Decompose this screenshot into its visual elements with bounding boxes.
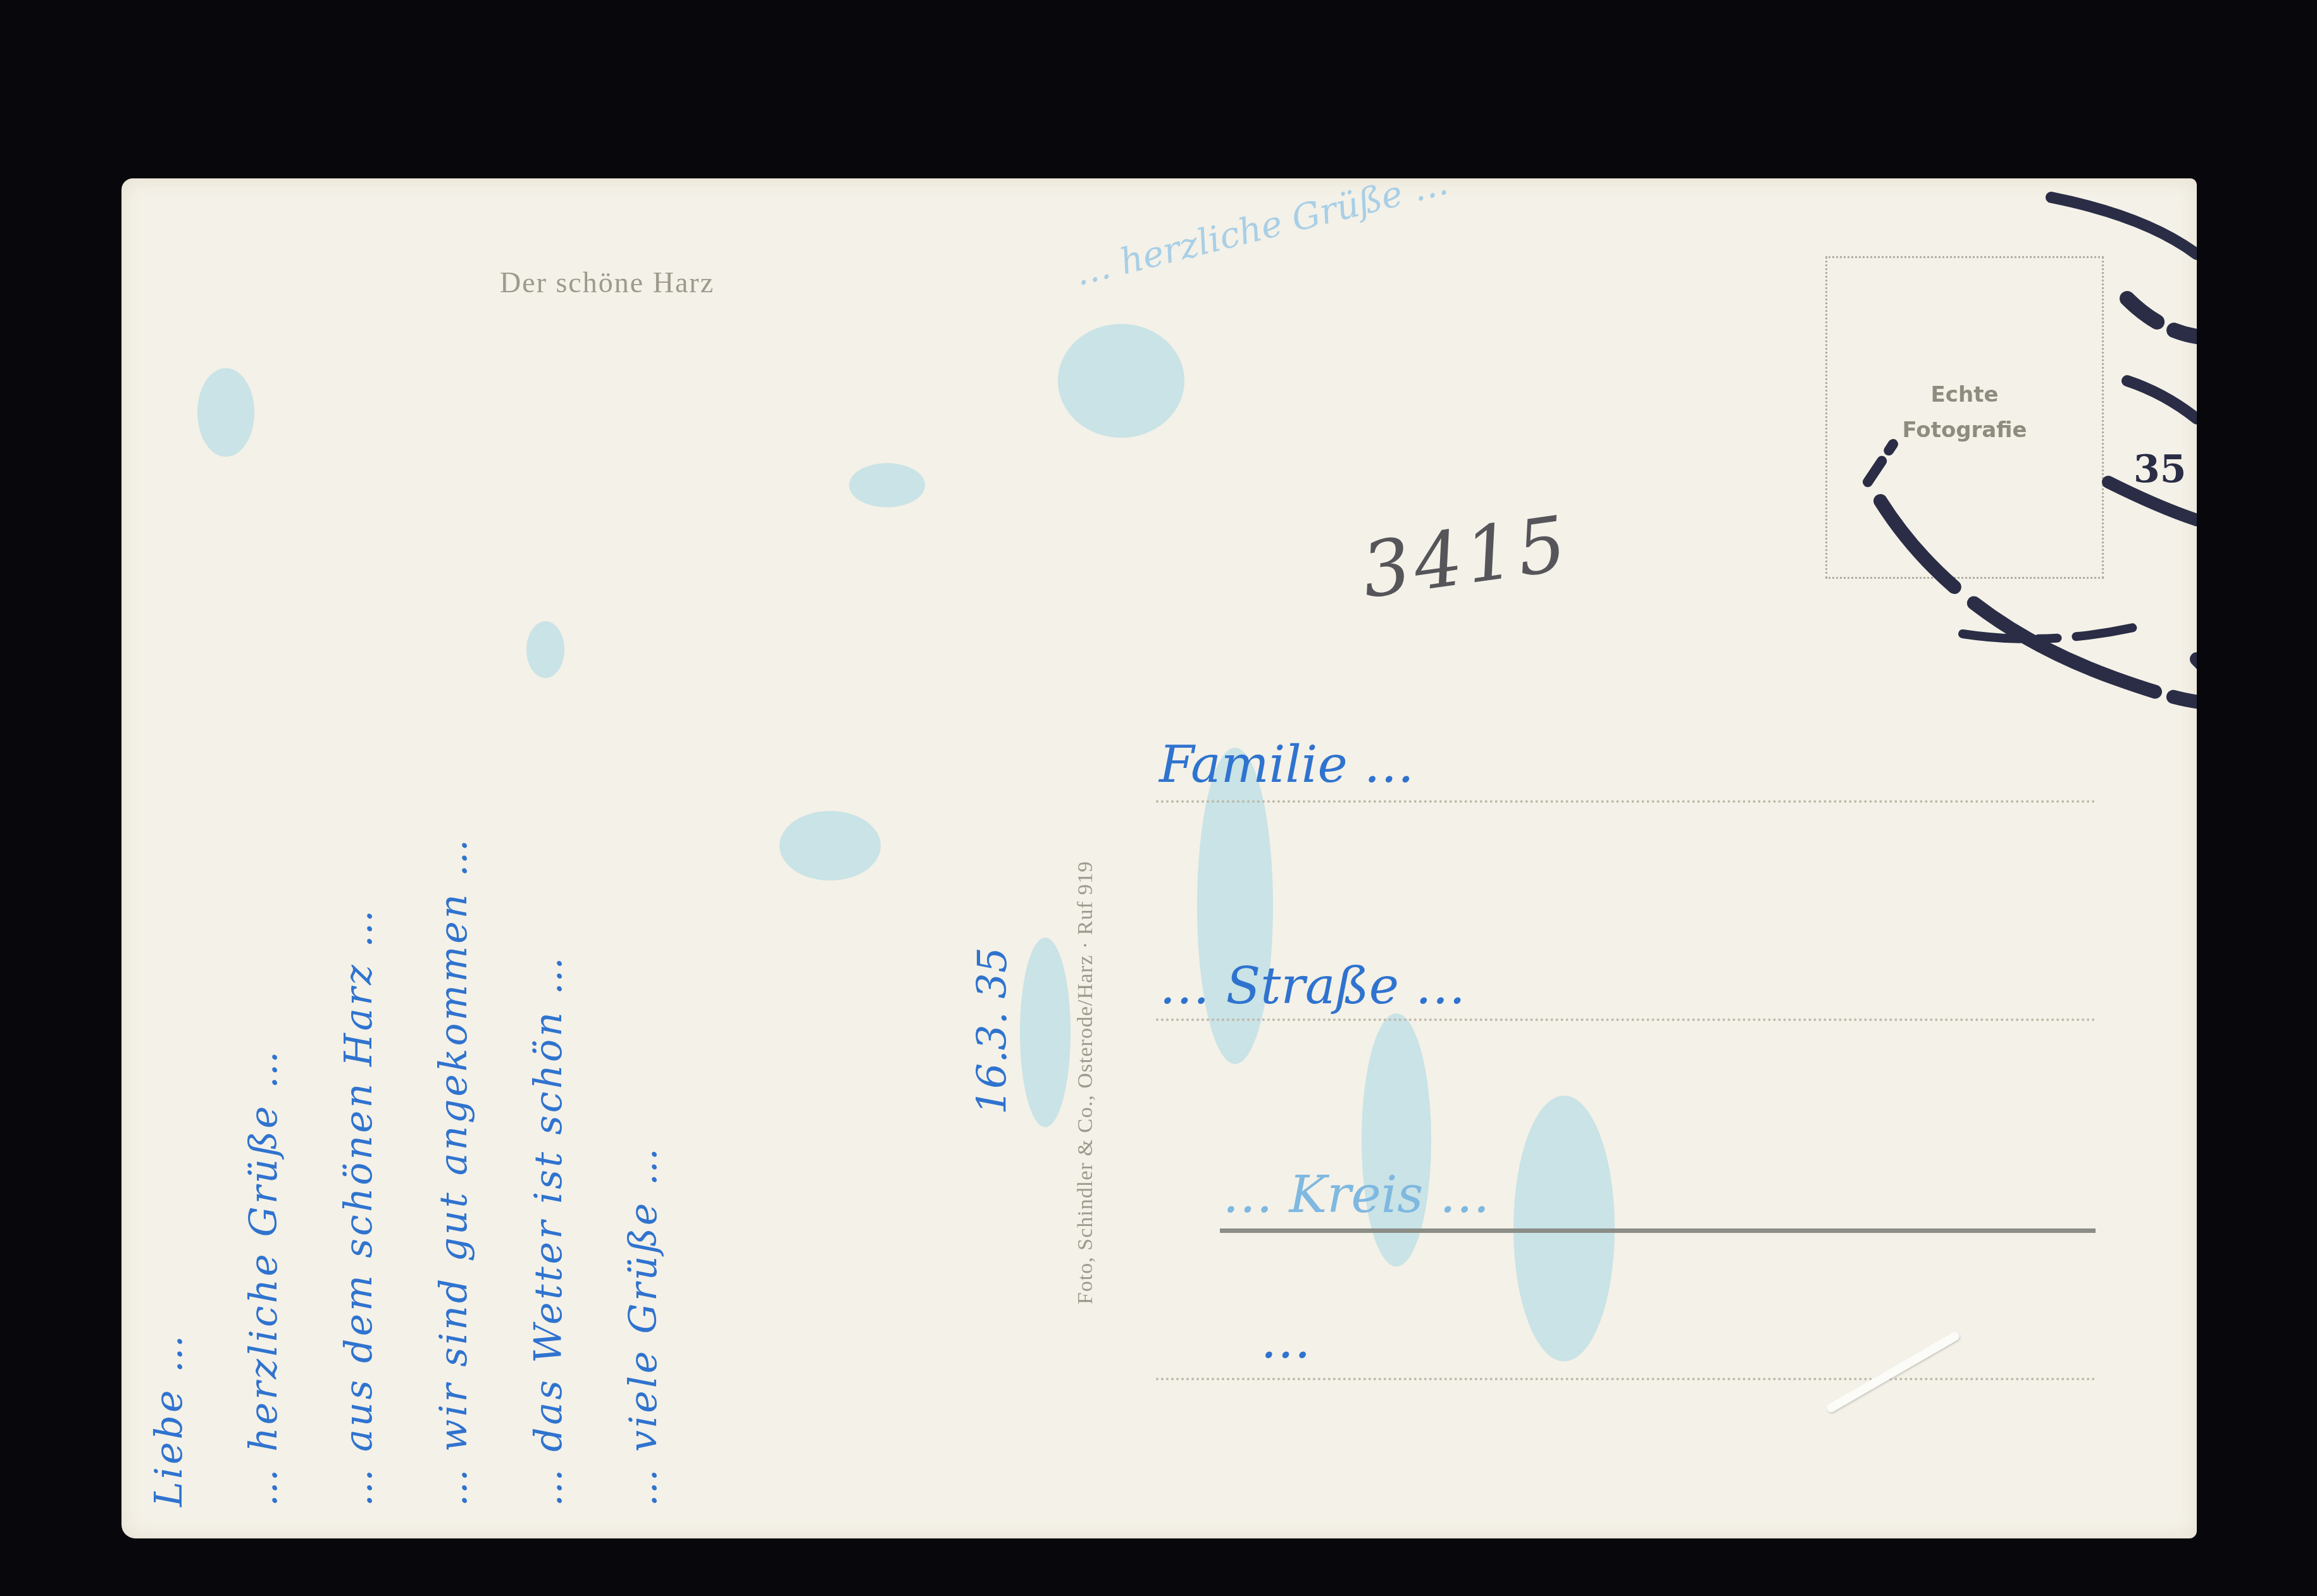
- ink-blot: [1058, 324, 1184, 438]
- ink-blot: [197, 368, 254, 457]
- address-text-3: … Kreis …: [1222, 1165, 1490, 1224]
- message-line: … das Wetter ist schön …: [526, 955, 571, 1507]
- postcard: Der schöne Harz Foto, Schindler & Co., O…: [121, 178, 2197, 1538]
- stamp-box-line-1: Echte: [1827, 377, 2102, 412]
- ink-blot: [526, 621, 564, 678]
- address-line-1: [1156, 800, 2096, 803]
- publisher-imprint: Foto, Schindler & Co., Osterode/Harz · R…: [1074, 861, 1098, 1304]
- address-text-4: …: [1260, 1311, 1311, 1370]
- faded-note: … herzliche Grüße …: [1071, 178, 1452, 294]
- address-text-1: Familie …: [1159, 735, 1414, 794]
- paper-crease: [1825, 1330, 1961, 1414]
- ink-blot: [1197, 748, 1273, 1064]
- message-date: 16.3. 35: [969, 947, 1016, 1115]
- series-title: Der schöne Harz: [500, 266, 714, 299]
- address-text-2: … Straße …: [1159, 956, 1466, 1015]
- stamp-box-label: Echte Fotografie: [1827, 377, 2102, 448]
- ink-blot: [849, 463, 925, 507]
- message-line: … wir sind gut angekommen …: [432, 836, 476, 1507]
- postmark-year: 35: [2134, 447, 2187, 492]
- address-line-2: [1156, 1018, 2096, 1021]
- stamp-box: Echte Fotografie: [1825, 256, 2104, 579]
- address-line-4: [1156, 1378, 2096, 1380]
- stamp-box-line-2: Fotografie: [1827, 412, 2102, 448]
- address-line-3-solid: [1220, 1228, 2096, 1233]
- ink-blot: [1020, 937, 1071, 1127]
- message-line: … viele Grüße …: [621, 1146, 666, 1507]
- message-line: … aus dem schönen Harz …: [337, 907, 381, 1507]
- message-line: Liebe …: [147, 1332, 191, 1507]
- message-line: … herzliche Grüße …: [242, 1048, 286, 1507]
- ink-blot: [780, 811, 881, 881]
- pencil-note: 3415: [1357, 500, 1575, 616]
